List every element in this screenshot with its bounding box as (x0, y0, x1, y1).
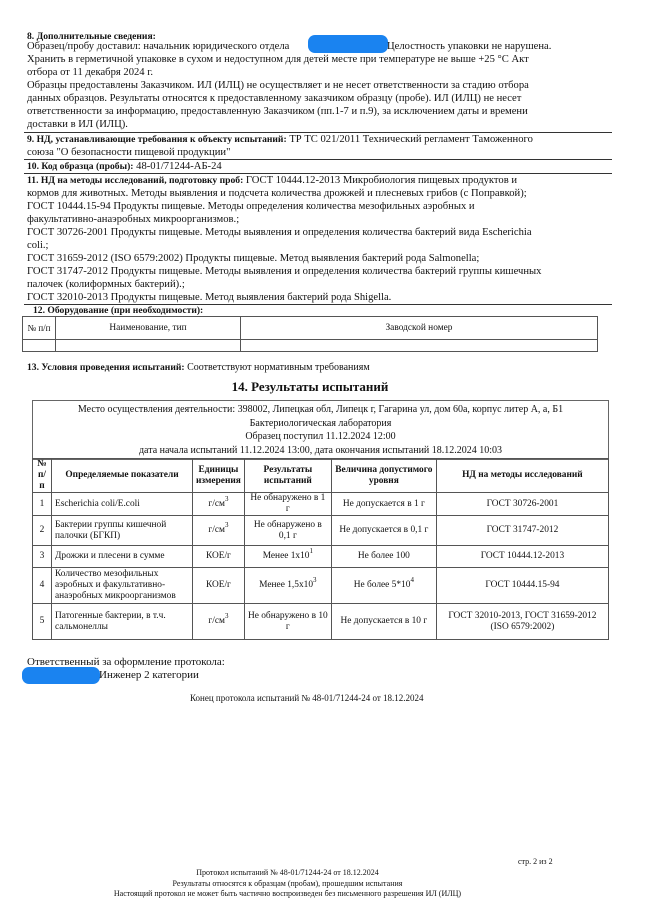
section11-line: ГОСТ 31747-2012 Продукты пищевые. Методы… (27, 265, 541, 278)
section11: 11. НД на методы исследований, подготовк… (27, 174, 517, 187)
col-serial-header: Заводской номер (241, 317, 598, 340)
redaction-mask (308, 35, 388, 53)
permissible-level: Не допускается в 1 г (331, 493, 436, 516)
section11-line: палочек (колиформных бактерий).; (27, 278, 185, 291)
equipment-row (23, 340, 598, 352)
test-result: Не обнаружено в 1 г (244, 493, 331, 516)
section11-line1: ГОСТ 10444.12-2013 Микробиология пищевых… (246, 175, 517, 186)
cell (23, 340, 56, 352)
section8-line2: Хранить в герметичной упаковке в сухом и… (27, 53, 529, 66)
section10: 10. Код образца (пробы): 48-01/71244-АБ-… (27, 160, 222, 173)
equipment-table: № п/п Наименование, тип Заводской номер (22, 316, 598, 352)
indicator-name: Дрожжи и плесени в сумме (52, 546, 193, 568)
test-method: ГОСТ 31747-2012 (436, 516, 608, 546)
section8-line6: ответственности за информацию, предостав… (27, 105, 528, 118)
footer-results-note: Результаты относятся к образцам (пробам)… (100, 879, 475, 890)
responsible-position: Инженер 2 категории (99, 669, 199, 682)
results-header-row: № п/п Определяемые показатели Единицы из… (33, 459, 609, 493)
lab-address: Место осуществления деятельности: 398002… (33, 403, 608, 417)
section11-line: ГОСТ 10444.15-94 Продукты пищевые. Метод… (27, 200, 475, 213)
col-unit-header: Единицы измерения (193, 459, 245, 493)
footer-protocol: Протокол испытаний № 48-01/71244-24 от 1… (100, 868, 475, 879)
page-number: стр. 2 из 2 (518, 857, 553, 866)
section9: 9. НД, устанавливающие требования к объе… (27, 133, 533, 146)
results-row: 1Escherichia coli/E.coliг/см3Не обнаруже… (33, 493, 609, 516)
permissible-level: Не более 5*104 (331, 568, 436, 604)
lab-name: Бактериологическая лаборатория (33, 417, 608, 431)
test-method: ГОСТ 10444.15-94 (436, 568, 608, 604)
section11-title: 11. НД на методы исследований, подготовк… (27, 175, 243, 186)
section8-line7: доставки в ИЛ (ИЛЦ). (27, 118, 128, 131)
row-number: 4 (33, 568, 52, 604)
indicator-name: Escherichia coli/E.coli (52, 493, 193, 516)
unit: г/см3 (193, 604, 245, 640)
col-name-header: Наименование, тип (56, 317, 241, 340)
permissible-level: Не допускается в 10 г (331, 604, 436, 640)
test-method: ГОСТ 10444.12-2013 (436, 546, 608, 568)
section8-line4: Образцы предоставлены Заказчиком. ИЛ (ИЛ… (27, 79, 529, 92)
test-conditions: Соответствуют нормативным требованиям (187, 362, 370, 373)
col-method-header: НД на методы исследований (436, 459, 608, 493)
indicator-name: Бактерии группы кишечной палочки (БГКП) (52, 516, 193, 546)
test-dates: дата начала испытаний 11.12.2024 13:00, … (33, 444, 608, 458)
section9-title: 9. НД, устанавливающие требования к объе… (27, 134, 287, 145)
cell (241, 340, 598, 352)
row-number: 1 (33, 493, 52, 516)
section11-line: факультативно-анаэробных микроорганизмов… (27, 213, 239, 226)
results-title: 14. Результаты испытаний (0, 379, 620, 395)
section8-line5: данных образцов. Результаты относятся к … (27, 92, 521, 105)
end-note: Конец протокола испытаний № 48-01/71244-… (190, 693, 424, 703)
permissible-level: Не допускается в 0,1 г (331, 516, 436, 546)
sample-code: 48-01/71244-АБ-24 (136, 161, 222, 172)
test-result: Менее 1,5x103 (244, 568, 331, 604)
section11-line: ГОСТ 32010-2013 Продукты пищевые. Метод … (27, 291, 391, 304)
section11-line: ГОСТ 31659-2012 (ISO 6579:2002) Продукты… (27, 252, 479, 265)
test-result: Не обнаружено в 10 г (244, 604, 331, 640)
col-number-header: № п/п (23, 317, 56, 340)
redaction-mask (22, 667, 100, 684)
col-indicator-header: Определяемые показатели (52, 459, 193, 493)
equipment-header-row: № п/п Наименование, тип Заводской номер (23, 317, 598, 340)
results-table: № п/п Определяемые показатели Единицы из… (32, 458, 609, 640)
test-method: ГОСТ 32010-2013, ГОСТ 31659-2012 (ISO 65… (436, 604, 608, 640)
section13: 13. Условия проведения испытаний: Соотве… (27, 361, 370, 374)
results-row: 2Бактерии группы кишечной палочки (БГКП)… (33, 516, 609, 546)
col-number-header: № п/п (33, 459, 52, 493)
cell (56, 340, 241, 352)
results-row: 3Дрожжи и плесени в суммеКОЕ/гМенее 1x10… (33, 546, 609, 568)
footer-copy-note: Настоящий протокол не может быть частичн… (100, 889, 475, 900)
indicator-name: Количество мезофильных аэробных и факуль… (52, 568, 193, 604)
test-result: Не обнаружено в 0,1 г (244, 516, 331, 546)
lab-info-box: Место осуществления деятельности: 398002… (32, 400, 609, 460)
section10-title: 10. Код образца (пробы): (27, 161, 133, 172)
test-result: Менее 1x101 (244, 546, 331, 568)
col-result-header: Результаты испытаний (244, 459, 331, 493)
test-method: ГОСТ 30726-2001 (436, 493, 608, 516)
footer: Протокол испытаний № 48-01/71244-24 от 1… (100, 868, 475, 900)
section11-line: ГОСТ 30726-2001 Продукты пищевые. Методы… (27, 226, 532, 239)
section9-line2: союза "О безопасности пищевой продукции" (27, 146, 230, 159)
section8-line1a: Образец/пробу доставил: начальник юридич… (27, 40, 289, 53)
section11-line: coli.; (27, 239, 48, 252)
unit: КОЕ/г (193, 568, 245, 604)
row-number: 3 (33, 546, 52, 568)
col-limit-header: Величина допустимого уровня (331, 459, 436, 493)
row-number: 5 (33, 604, 52, 640)
unit: КОЕ/г (193, 546, 245, 568)
unit: г/см3 (193, 516, 245, 546)
section9-line1: ТР ТС 021/2011 Технический регламент Там… (289, 134, 533, 145)
row-number: 2 (33, 516, 52, 546)
results-row: 5Патогенные бактерии, в т.ч. сальмонеллы… (33, 604, 609, 640)
indicator-name: Патогенные бактерии, в т.ч. сальмонеллы (52, 604, 193, 640)
unit: г/см3 (193, 493, 245, 516)
section8-line1b: Целостность упаковки не нарушена. (387, 40, 551, 53)
section13-title: 13. Условия проведения испытаний: (27, 362, 185, 373)
section11-line: кормов для животных. Методы выявления и … (27, 187, 527, 200)
permissible-level: Не более 100 (331, 546, 436, 568)
section8-line3: отбора от 11 декабря 2024 г. (27, 66, 153, 79)
sample-received: Образец поступил 11.12.2024 12:00 (33, 430, 608, 444)
results-row: 4Количество мезофильных аэробных и факул… (33, 568, 609, 604)
